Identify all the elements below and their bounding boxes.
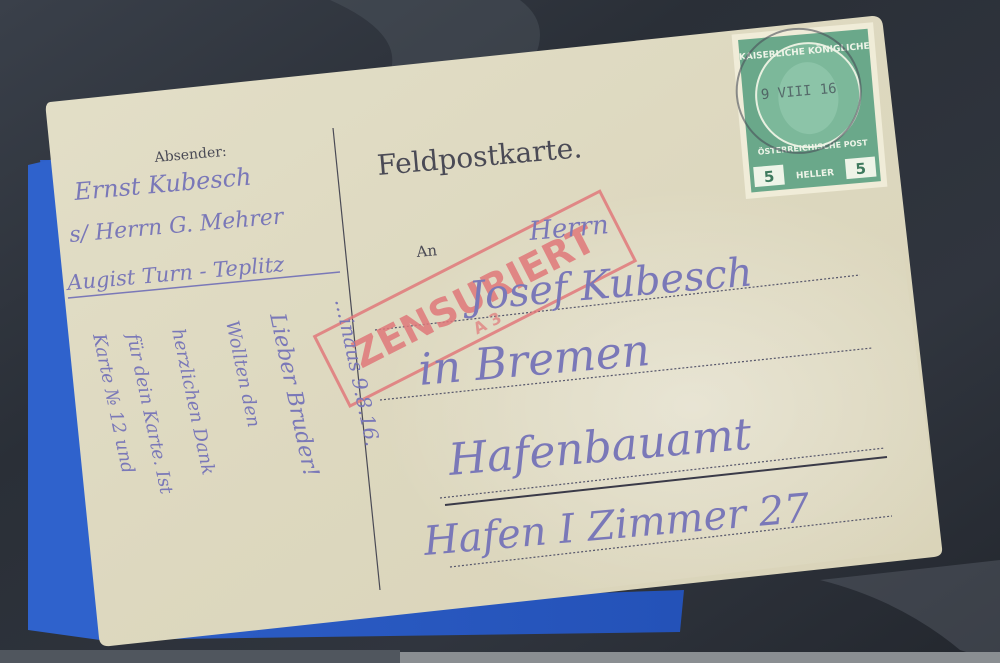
denomination-right: 5 [855, 159, 867, 178]
sleeve-bottom-edge-light [400, 652, 1000, 663]
photo-scene: Feldpostkarte. Absender: An KAISERLICHE … [0, 0, 1000, 663]
sleeve-bottom-edge [0, 650, 400, 663]
postcard: Feldpostkarte. Absender: An KAISERLICHE … [46, 16, 942, 646]
postage-stamp: KAISERLICHE KÖNIGLICHE ÖSTERREICHISCHE P… [732, 22, 888, 199]
recipient-label: An [415, 241, 438, 261]
denomination-left: 5 [763, 167, 775, 186]
photo-canvas: Feldpostkarte. Absender: An KAISERLICHE … [0, 0, 1000, 663]
